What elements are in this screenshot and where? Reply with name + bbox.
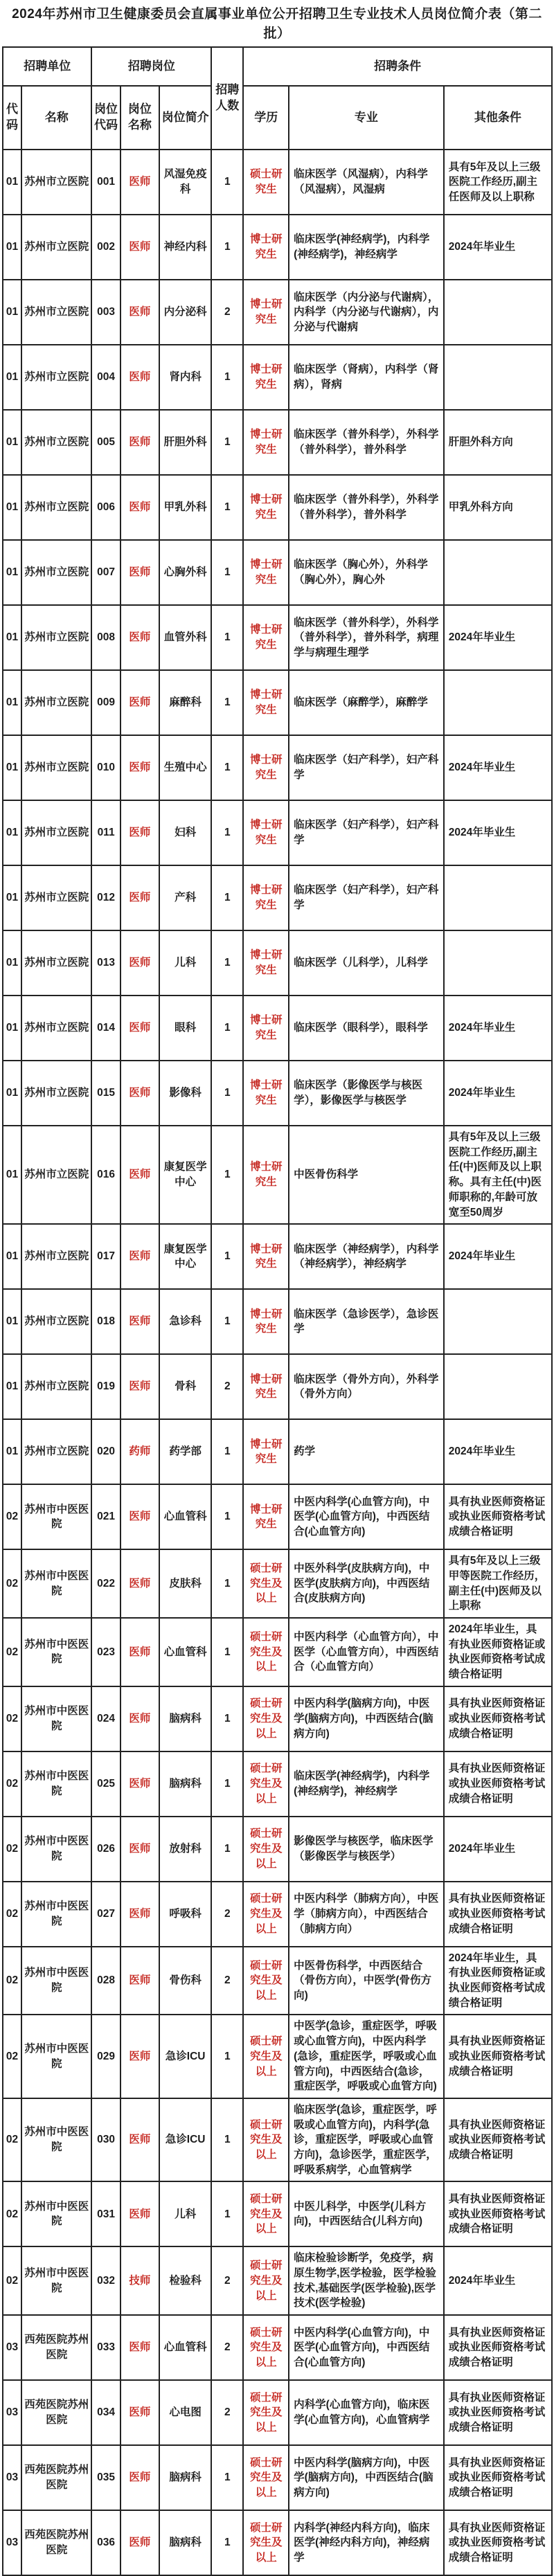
cell-recruit-count: 1 <box>211 2181 243 2246</box>
cell-major: 临床医学（普外科学），外科学（普外科学），普外科学 <box>289 475 444 540</box>
cell-other-conditions <box>444 1289 552 1354</box>
cell-unit-code: 01 <box>3 865 21 930</box>
cell-post-code: 016 <box>91 1126 120 1224</box>
cell-other-conditions <box>444 540 552 605</box>
cell-post-code: 027 <box>91 1882 120 1947</box>
cell-post-intro: 影像科 <box>159 1061 211 1126</box>
cell-other-conditions: 具有执业医师资格证或执业医师资格考试成绩合格证明 <box>444 1882 552 1947</box>
cell-degree: 博士研究生 <box>243 410 289 475</box>
cell-post-code: 003 <box>91 280 120 345</box>
table-row: 01苏州市立医院001医师风湿免疫科1硕士研究生临床医学（风湿病），内科学（风湿… <box>3 150 552 215</box>
cell-unit-name: 苏州市立医院 <box>21 865 92 930</box>
cell-other-conditions: 具有5年及以上三级医院工作经历,副主任医师及以上职称 <box>444 150 552 215</box>
cell-recruit-count: 1 <box>211 800 243 865</box>
cell-post-intro: 产科 <box>159 865 211 930</box>
cell-degree: 博士研究生 <box>243 215 289 280</box>
cell-post-code: 022 <box>91 1549 120 1618</box>
cell-other-conditions <box>444 670 552 735</box>
table-row: 02苏州市中医医院028医师骨伤科2硕士研究生及以上中医骨伤科学，中西医结合（骨… <box>3 1947 552 2015</box>
cell-other-conditions: 具有执业医师资格证或执业医师资格考试成绩合格证明 <box>444 2315 552 2380</box>
cell-post-name: 医师 <box>120 2315 159 2380</box>
cell-unit-name: 苏州市中医医院 <box>21 1549 92 1618</box>
cell-major: 临床医学（胸心外），外科学（胸心外），胸心外 <box>289 540 444 605</box>
cell-recruit-count: 1 <box>211 1618 243 1686</box>
cell-post-name: 医师 <box>120 1061 159 1126</box>
cell-unit-code: 01 <box>3 540 21 605</box>
cell-post-code: 023 <box>91 1618 120 1686</box>
page-title: 2024年苏州市卫生健康委员会直属事业单位公开招聘卫生专业技术人员岗位简介表（第… <box>0 0 554 46</box>
cell-post-intro: 呼吸科 <box>159 1882 211 1947</box>
cell-recruit-count: 1 <box>211 1289 243 1354</box>
cell-unit-code: 01 <box>3 735 21 800</box>
cell-major: 中医骨伤科学，中西医结合（骨伤方向），中医学(骨伤方向) <box>289 1947 444 2015</box>
cell-major: 临床医学(神经病学)，内科学(神经病学)，神经病学 <box>289 215 444 280</box>
cell-post-name: 医师 <box>120 800 159 865</box>
cell-degree: 硕士研究生及以上 <box>243 1686 289 1751</box>
cell-major: 临床医学（麻醉学），麻醉学 <box>289 670 444 735</box>
cell-post-code: 019 <box>91 1354 120 1419</box>
cell-post-code: 002 <box>91 215 120 280</box>
cell-recruit-count: 1 <box>211 1126 243 1224</box>
cell-post-code: 015 <box>91 1061 120 1126</box>
cell-post-code: 005 <box>91 410 120 475</box>
cell-post-code: 035 <box>91 2445 120 2510</box>
cell-other-conditions: 具有执业医师资格证或执业医师资格考试成绩合格证明 <box>444 2380 552 2445</box>
cell-post-intro: 骨科 <box>159 1354 211 1419</box>
cell-major: 中医内科学(心血管方向)，中医学(心血管方向)，中西医结合(心血管方向) <box>289 2315 444 2380</box>
table-row: 01苏州市立医院016医师康复医学中心1博士研究生中医骨伤科学具有5年及以上三级… <box>3 1126 552 1224</box>
cell-major: 临床医学（肾病），内科学（肾病），肾病 <box>289 345 444 410</box>
cell-other-conditions: 肝胆外科方向 <box>444 410 552 475</box>
cell-degree: 硕士研究生及以上 <box>243 1618 289 1686</box>
cell-major: 临床医学（妇产科学），妇产科学 <box>289 800 444 865</box>
cell-unit-name: 苏州市立医院 <box>21 410 92 475</box>
cell-unit-code: 02 <box>3 1882 21 1947</box>
table-row: 02苏州市中医医院027医师呼吸科2硕士研究生及以上中医内科学（肺病方向），中医… <box>3 1882 552 1947</box>
cell-post-intro: 心血管科 <box>159 2315 211 2380</box>
cell-unit-name: 苏州市中医医院 <box>21 2015 92 2098</box>
cell-unit-name: 苏州市立医院 <box>21 1061 92 1126</box>
cell-unit-name: 苏州市中医医院 <box>21 1947 92 2015</box>
cell-unit-code: 01 <box>3 1419 21 1484</box>
cell-post-code: 008 <box>91 605 120 670</box>
cell-post-name: 医师 <box>120 2098 159 2181</box>
cell-unit-name: 苏州市立医院 <box>21 735 92 800</box>
cell-unit-code: 01 <box>3 1061 21 1126</box>
cell-unit-name: 苏州市立医院 <box>21 150 92 215</box>
cell-major: 中医内科学（肺病方向），中医学（肺病方向），中西医结合（肺病方向） <box>289 1882 444 1947</box>
cell-degree: 硕士研究生及以上 <box>243 2510 289 2575</box>
cell-post-name: 医师 <box>120 865 159 930</box>
table-row: 03西苑医院苏州医院036医师脑病科1硕士研究生及以上内科学(神经内科方向)，临… <box>3 2510 552 2575</box>
cell-post-code: 006 <box>91 475 120 540</box>
cell-post-intro: 肾内科 <box>159 345 211 410</box>
cell-post-code: 013 <box>91 930 120 996</box>
cell-recruit-count: 2 <box>211 1947 243 2015</box>
cell-major: 中医内科学(脑病方向)，中医学(脑病方向)，中西医结合(脑病方向) <box>289 2445 444 2510</box>
cell-recruit-count: 1 <box>211 150 243 215</box>
cell-post-code: 010 <box>91 735 120 800</box>
table-row: 01苏州市立医院018医师急诊科1博士研究生临床医学（急诊医学），急诊医学 <box>3 1289 552 1354</box>
cell-post-name: 医师 <box>120 1686 159 1751</box>
cell-post-name: 医师 <box>120 280 159 345</box>
cell-major: 临床医学（神经病学），内科学（神经病学），神经病学 <box>289 1224 444 1289</box>
cell-other-conditions <box>444 865 552 930</box>
cell-unit-code: 01 <box>3 930 21 996</box>
cell-other-conditions: 具有执业医师资格证或执业医师资格考试成绩合格证明 <box>444 1686 552 1751</box>
table-row: 01苏州市立医院010医师生殖中心1博士研究生临床医学（妇产科学），妇产科学20… <box>3 735 552 800</box>
cell-unit-code: 03 <box>3 2445 21 2510</box>
cell-unit-code: 03 <box>3 2315 21 2380</box>
cell-degree: 硕士研究生及以上 <box>243 1549 289 1618</box>
cell-major: 内科学(心血管方向)，临床医学(心血管方向)，心血管病学 <box>289 2380 444 2445</box>
cell-other-conditions: 2024年毕业生 <box>444 1817 552 1882</box>
cell-post-name: 医师 <box>120 605 159 670</box>
cell-major: 临床医学（急诊医学），急诊医学 <box>289 1289 444 1354</box>
cell-other-conditions: 2024年毕业生 <box>444 215 552 280</box>
cell-recruit-count: 1 <box>211 1751 243 1817</box>
table-row: 01苏州市立医院013医师儿科1博士研究生临床医学（儿科学），儿科学 <box>3 930 552 996</box>
cell-unit-code: 01 <box>3 605 21 670</box>
cell-post-code: 036 <box>91 2510 120 2575</box>
cell-unit-code: 02 <box>3 1618 21 1686</box>
table-row: 01苏州市立医院003医师内分泌科2博士研究生临床医学（内分泌与代谢病），内科学… <box>3 280 552 345</box>
cell-post-intro: 生殖中心 <box>159 735 211 800</box>
cell-post-code: 033 <box>91 2315 120 2380</box>
cell-unit-code: 01 <box>3 1224 21 1289</box>
cell-unit-code: 01 <box>3 996 21 1061</box>
table-row: 01苏州市立医院011医师妇科1博士研究生临床医学（妇产科学），妇产科学2024… <box>3 800 552 865</box>
table-row: 01苏州市立医院005医师肝胆外科1博士研究生临床医学（普外科学），外科学（普外… <box>3 410 552 475</box>
cell-post-intro: 急诊ICU <box>159 2015 211 2098</box>
cell-unit-name: 苏州市立医院 <box>21 540 92 605</box>
cell-other-conditions: 具有执业医师资格证或执业医师资格考试成绩合格证明 <box>444 2510 552 2575</box>
cell-other-conditions: 具有执业医师资格证或执业医师资格考试成绩合格证明 <box>444 2015 552 2098</box>
cell-degree: 博士研究生 <box>243 1484 289 1549</box>
cell-post-code: 028 <box>91 1947 120 2015</box>
cell-post-intro: 康复医学中心 <box>159 1126 211 1224</box>
cell-degree: 博士研究生 <box>243 735 289 800</box>
cell-post-code: 024 <box>91 1686 120 1751</box>
cell-post-code: 017 <box>91 1224 120 1289</box>
cell-unit-code: 02 <box>3 1751 21 1817</box>
cell-unit-code: 02 <box>3 2181 21 2246</box>
cell-degree: 博士研究生 <box>243 1289 289 1354</box>
cell-major: 临床检验诊断学，免疫学，病原生物学,医学检验，医学检验技术,基础医学(医学检验)… <box>289 2246 444 2315</box>
cell-major: 中医骨伤科学 <box>289 1126 444 1224</box>
cell-post-intro: 骨伤科 <box>159 1947 211 2015</box>
cell-unit-name: 苏州市立医院 <box>21 215 92 280</box>
cell-other-conditions <box>444 930 552 996</box>
table-row: 01苏州市立医院007医师心胸外科1博士研究生临床医学（胸心外），外科学（胸心外… <box>3 540 552 605</box>
cell-other-conditions: 2024年毕业生 <box>444 1061 552 1126</box>
cell-other-conditions: 2024年毕业生 <box>444 800 552 865</box>
cell-post-code: 034 <box>91 2380 120 2445</box>
table-row: 03西苑医院苏州医院035医师脑病科1硕士研究生及以上中医内科学(脑病方向)，中… <box>3 2445 552 2510</box>
cell-post-intro: 心血管科 <box>159 1618 211 1686</box>
cell-other-conditions: 甲乳外科方向 <box>444 475 552 540</box>
cell-unit-code: 01 <box>3 410 21 475</box>
cell-major: 中医内科学(脑病方向)，中医学(脑病方向)，中西医结合(脑病方向) <box>289 1686 444 1751</box>
cell-post-intro: 儿科 <box>159 930 211 996</box>
cell-major: 中医内科学(心血管方向)，中医学(心血管方向)，中西医结合(心血管方向) <box>289 1484 444 1549</box>
cell-recruit-count: 1 <box>211 2510 243 2575</box>
table-row: 02苏州市中医医院022医师皮肤科1硕士研究生及以上中医外科学(皮肤病方向)，中… <box>3 1549 552 1618</box>
cell-degree: 博士研究生 <box>243 1354 289 1419</box>
cell-unit-name: 苏州市立医院 <box>21 605 92 670</box>
cell-post-code: 021 <box>91 1484 120 1549</box>
cell-major: 临床医学(神经病学)，内科学(神经病学)，神经病学 <box>289 1751 444 1817</box>
cell-post-code: 029 <box>91 2015 120 2098</box>
cell-recruit-count: 1 <box>211 670 243 735</box>
table-row: 02苏州市中医医院025医师脑病科1硕士研究生及以上临床医学(神经病学)，内科学… <box>3 1751 552 1817</box>
cell-post-code: 031 <box>91 2181 120 2246</box>
cell-recruit-count: 1 <box>211 605 243 670</box>
cell-recruit-count: 2 <box>211 2315 243 2380</box>
cell-recruit-count: 1 <box>211 2445 243 2510</box>
cell-major: 药学 <box>289 1419 444 1484</box>
cell-unit-code: 01 <box>3 475 21 540</box>
table-row: 01苏州市立医院015医师影像科1博士研究生临床医学（影像医学与核医学），影像医… <box>3 1061 552 1126</box>
cell-degree: 博士研究生 <box>243 280 289 345</box>
cell-post-intro: 神经内科 <box>159 215 211 280</box>
header-other: 其他条件 <box>444 86 552 150</box>
cell-other-conditions: 具有执业医师资格证或执业医师资格考试成绩合格证明 <box>444 2445 552 2510</box>
cell-unit-name: 西苑医院苏州医院 <box>21 2380 92 2445</box>
cell-post-code: 014 <box>91 996 120 1061</box>
cell-recruit-count: 1 <box>211 1484 243 1549</box>
cell-unit-name: 西苑医院苏州医院 <box>21 2315 92 2380</box>
cell-post-name: 药师 <box>120 1419 159 1484</box>
cell-recruit-count: 1 <box>211 2098 243 2181</box>
cell-post-intro: 心血管科 <box>159 1484 211 1549</box>
cell-recruit-count: 1 <box>211 1224 243 1289</box>
cell-post-intro: 血管外科 <box>159 605 211 670</box>
cell-other-conditions: 2024年毕业生，具有执业医师资格证或执业医师资格考试成绩合格证明 <box>444 1947 552 2015</box>
table-body: 01苏州市立医院001医师风湿免疫科1硕士研究生临床医学（风湿病），内科学（风湿… <box>3 150 552 2575</box>
table-row: 01苏州市立医院002医师神经内科1博士研究生临床医学(神经病学)，内科学(神经… <box>3 215 552 280</box>
cell-recruit-count: 1 <box>211 1686 243 1751</box>
table-row: 02苏州市中医医院026医师放射科1硕士研究生及以上影像医学与核医学，临床医学（… <box>3 1817 552 1882</box>
cell-recruit-count: 2 <box>211 2246 243 2315</box>
cell-major: 中医内科学（心血管方向），中医学（心血管方向），中西医结合（心血管方向） <box>289 1618 444 1686</box>
cell-unit-code: 01 <box>3 1289 21 1354</box>
cell-recruit-count: 1 <box>211 996 243 1061</box>
cell-unit-code: 02 <box>3 1947 21 2015</box>
cell-post-intro: 甲乳外科 <box>159 475 211 540</box>
table-row: 03西苑医院苏州医院033医师心血管科2硕士研究生及以上中医内科学(心血管方向)… <box>3 2315 552 2380</box>
cell-unit-code: 01 <box>3 1354 21 1419</box>
cell-major: 临床医学（儿科学），儿科学 <box>289 930 444 996</box>
cell-post-code: 011 <box>91 800 120 865</box>
cell-unit-name: 苏州市立医院 <box>21 930 92 996</box>
cell-post-name: 医师 <box>120 1817 159 1882</box>
header-group-post: 招聘岗位 <box>91 47 211 86</box>
cell-post-name: 医师 <box>120 996 159 1061</box>
cell-degree: 硕士研究生 <box>243 150 289 215</box>
cell-unit-code: 02 <box>3 2246 21 2315</box>
cell-major: 临床医学（影像医学与核医学），影像医学与核医学 <box>289 1061 444 1126</box>
cell-unit-name: 苏州市立医院 <box>21 800 92 865</box>
cell-other-conditions: 2024年毕业生 <box>444 2246 552 2315</box>
cell-unit-name: 苏州市立医院 <box>21 1126 92 1224</box>
cell-post-intro: 心胸外科 <box>159 540 211 605</box>
cell-recruit-count: 2 <box>211 280 243 345</box>
cell-post-name: 医师 <box>120 150 159 215</box>
cell-post-intro: 急诊科 <box>159 1289 211 1354</box>
cell-unit-code: 01 <box>3 345 21 410</box>
cell-degree: 博士研究生 <box>243 1224 289 1289</box>
cell-other-conditions <box>444 1354 552 1419</box>
cell-major: 临床医学（普外科学），外科学（普外科学），普外科学，病理学与病理生理学 <box>289 605 444 670</box>
cell-degree: 硕士研究生及以上 <box>243 2015 289 2098</box>
cell-post-name: 医师 <box>120 1618 159 1686</box>
cell-unit-code: 01 <box>3 670 21 735</box>
cell-degree: 博士研究生 <box>243 1061 289 1126</box>
cell-other-conditions: 2024年毕业生 <box>444 996 552 1061</box>
cell-degree: 硕士研究生及以上 <box>243 1817 289 1882</box>
cell-unit-code: 01 <box>3 150 21 215</box>
cell-unit-name: 苏州市立医院 <box>21 1354 92 1419</box>
cell-unit-name: 苏州市立医院 <box>21 345 92 410</box>
table-row: 02苏州市中医医院021医师心血管科1博士研究生中医内科学(心血管方向)，中医学… <box>3 1484 552 1549</box>
cell-degree: 硕士研究生及以上 <box>243 2246 289 2315</box>
cell-degree: 博士研究生 <box>243 1126 289 1224</box>
header-post-name: 岗位名称 <box>120 86 159 150</box>
cell-major: 临床医学（眼科学），眼科学 <box>289 996 444 1061</box>
cell-recruit-count: 1 <box>211 930 243 996</box>
cell-degree: 博士研究生 <box>243 865 289 930</box>
table-row: 03西苑医院苏州医院034医师心电图2硕士研究生及以上内科学(心血管方向)，临床… <box>3 2380 552 2445</box>
cell-other-conditions: 2024年毕业生，具有执业医师资格证或执业医师资格考试成绩合格证明 <box>444 1618 552 1686</box>
table-row: 02苏州市中医医院024医师脑病科1硕士研究生及以上中医内科学(脑病方向)，中医… <box>3 1686 552 1751</box>
cell-post-name: 医师 <box>120 930 159 996</box>
cell-degree: 博士研究生 <box>243 475 289 540</box>
cell-post-intro: 内分泌科 <box>159 280 211 345</box>
cell-post-name: 医师 <box>120 2445 159 2510</box>
header-unit-code: 代码 <box>3 86 21 150</box>
header-group-unit: 招聘单位 <box>3 47 91 86</box>
cell-degree: 硕士研究生及以上 <box>243 2315 289 2380</box>
cell-unit-name: 苏州市中医医院 <box>21 2098 92 2181</box>
cell-recruit-count: 1 <box>211 215 243 280</box>
cell-post-name: 医师 <box>120 345 159 410</box>
cell-unit-code: 03 <box>3 2380 21 2445</box>
cell-other-conditions: 具有执业医师资格证或执业医师资格考试成绩合格证明 <box>444 1484 552 1549</box>
cell-unit-name: 苏州市立医院 <box>21 1419 92 1484</box>
cell-unit-name: 西苑医院苏州医院 <box>21 2445 92 2510</box>
cell-major: 中医学(急诊，重症医学，呼吸或心血管方向)，中医内科学(急诊，重症医学，呼吸或心… <box>289 2015 444 2098</box>
cell-post-name: 医师 <box>120 540 159 605</box>
cell-unit-code: 03 <box>3 2510 21 2575</box>
cell-post-intro: 检验科 <box>159 2246 211 2315</box>
cell-unit-code: 02 <box>3 2098 21 2181</box>
cell-unit-code: 02 <box>3 1686 21 1751</box>
cell-degree: 博士研究生 <box>243 800 289 865</box>
table-row: 01苏州市立医院020药师药学部1博士研究生药学2024年毕业生 <box>3 1419 552 1484</box>
table-row: 01苏州市立医院006医师甲乳外科1博士研究生临床医学（普外科学），外科学（普外… <box>3 475 552 540</box>
cell-major: 临床医学（骨外方向），外科学（骨外方向） <box>289 1354 444 1419</box>
cell-recruit-count: 1 <box>211 2015 243 2098</box>
cell-post-intro: 心电图 <box>159 2380 211 2445</box>
cell-post-name: 医师 <box>120 1882 159 1947</box>
cell-other-conditions: 具有执业医师资格证或执业医师资格考试成绩合格证明 <box>444 2098 552 2181</box>
cell-post-intro: 药学部 <box>159 1419 211 1484</box>
cell-degree: 硕士研究生及以上 <box>243 2098 289 2181</box>
cell-major: 影像医学与核医学，临床医学（影像医学与核医学） <box>289 1817 444 1882</box>
header-group-condition: 招聘条件 <box>243 47 552 86</box>
cell-other-conditions: 2024年毕业生 <box>444 605 552 670</box>
cell-recruit-count: 1 <box>211 1419 243 1484</box>
cell-post-name: 医师 <box>120 1354 159 1419</box>
cell-degree: 博士研究生 <box>243 930 289 996</box>
cell-degree: 硕士研究生及以上 <box>243 2181 289 2246</box>
cell-other-conditions: 2024年毕业生 <box>444 1224 552 1289</box>
cell-major: 中医儿科学，中医学(儿科方向)，中西医结合(儿科方向) <box>289 2181 444 2246</box>
cell-unit-name: 苏州市中医医院 <box>21 2246 92 2315</box>
cell-unit-name: 苏州市中医医院 <box>21 1882 92 1947</box>
cell-degree: 博士研究生 <box>243 670 289 735</box>
cell-post-name: 医师 <box>120 735 159 800</box>
cell-post-intro: 脑病科 <box>159 1751 211 1817</box>
table-row: 01苏州市立医院008医师血管外科1博士研究生临床医学（普外科学），外科学（普外… <box>3 605 552 670</box>
cell-unit-code: 02 <box>3 2015 21 2098</box>
cell-major: 临床医学（内分泌与代谢病），内科学（内分泌与代谢病），内分泌与代谢病 <box>289 280 444 345</box>
cell-unit-code: 02 <box>3 1549 21 1618</box>
cell-post-name: 医师 <box>120 1549 159 1618</box>
cell-recruit-count: 1 <box>211 735 243 800</box>
cell-major: 临床医学（妇产科学），妇产科学 <box>289 865 444 930</box>
cell-post-name: 技师 <box>120 2246 159 2315</box>
cell-other-conditions <box>444 280 552 345</box>
cell-unit-code: 01 <box>3 800 21 865</box>
cell-post-name: 医师 <box>120 1224 159 1289</box>
cell-post-name: 医师 <box>120 1751 159 1817</box>
header-major: 专业 <box>289 86 444 150</box>
cell-post-code: 030 <box>91 2098 120 2181</box>
cell-post-code: 026 <box>91 1817 120 1882</box>
cell-degree: 硕士研究生及以上 <box>243 1751 289 1817</box>
cell-post-intro: 麻醉科 <box>159 670 211 735</box>
table-row: 02苏州市中医医院030医师急诊ICU1硕士研究生及以上临床医学(急诊，重症医学… <box>3 2098 552 2181</box>
table-row: 01苏州市立医院009医师麻醉科1博士研究生临床医学（麻醉学），麻醉学 <box>3 670 552 735</box>
cell-degree: 博士研究生 <box>243 540 289 605</box>
cell-post-code: 001 <box>91 150 120 215</box>
cell-unit-name: 西苑医院苏州医院 <box>21 2510 92 2575</box>
cell-recruit-count: 1 <box>211 1061 243 1126</box>
cell-recruit-count: 1 <box>211 1817 243 1882</box>
cell-other-conditions <box>444 345 552 410</box>
cell-post-code: 018 <box>91 1289 120 1354</box>
cell-unit-name: 苏州市中医医院 <box>21 1618 92 1686</box>
cell-post-intro: 皮肤科 <box>159 1549 211 1618</box>
cell-unit-code: 01 <box>3 1126 21 1224</box>
cell-post-intro: 康复医学中心 <box>159 1224 211 1289</box>
cell-unit-name: 苏州市中医医院 <box>21 1751 92 1817</box>
table-row: 01苏州市立医院014医师眼科1博士研究生临床医学（眼科学），眼科学2024年毕… <box>3 996 552 1061</box>
cell-unit-code: 02 <box>3 1484 21 1549</box>
cell-post-name: 医师 <box>120 1947 159 2015</box>
cell-recruit-count: 1 <box>211 345 243 410</box>
recruitment-table: 招聘单位 招聘岗位 招聘人数 招聘条件 代码 名称 岗位代码 岗位名称 岗位简介… <box>2 46 553 2576</box>
cell-post-name: 医师 <box>120 1126 159 1224</box>
cell-post-name: 医师 <box>120 215 159 280</box>
table-row: 02苏州市中医医院023医师心血管科1硕士研究生及以上中医内科学（心血管方向），… <box>3 1618 552 1686</box>
header-unit-name: 名称 <box>21 86 92 150</box>
cell-post-code: 007 <box>91 540 120 605</box>
table-row: 01苏州市立医院019医师骨科2博士研究生临床医学（骨外方向），外科学（骨外方向… <box>3 1354 552 1419</box>
cell-recruit-count: 2 <box>211 2380 243 2445</box>
